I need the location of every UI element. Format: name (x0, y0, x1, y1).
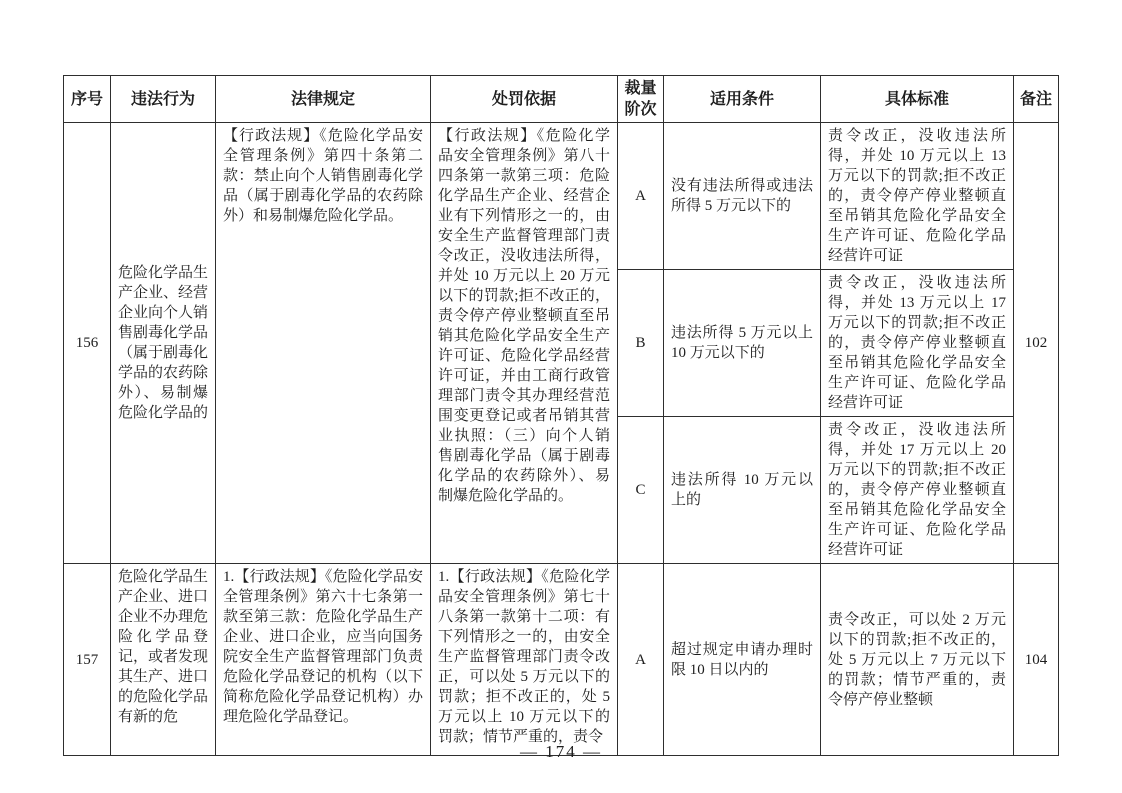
header-seq: 序号 (64, 76, 111, 123)
cell-penalty-basis-156: 【行政法规】《危险化学品安全管理条例》第八十四条第一款第三项：危险化学品生产企业… (431, 123, 618, 564)
cell-tier-level-156-b: B (618, 270, 664, 417)
header-condition: 适用条件 (664, 76, 821, 123)
header-tier-level: 裁量阶次 (618, 76, 664, 123)
header-penalty-basis: 处罚依据 (431, 76, 618, 123)
cell-seq-157: 157 (64, 564, 111, 756)
table-header-row: 序号 违法行为 法律规定 处罚依据 裁量阶次 适用条件 具体标准 备注 (64, 76, 1059, 123)
cell-tier-level-156-a: A (618, 123, 664, 270)
cell-tier-level-156-c: C (618, 417, 664, 564)
cell-legal-provision-157: 1.【行政法规】《危险化学品安全管理条例》第六十七条第一款至第三款：危险化学品生… (216, 564, 431, 756)
cell-standard-156-a: 责令改正，没收违法所得，并处 10 万元以上 13 万元以下的罚款;拒不改正的，… (821, 123, 1014, 270)
cell-legal-provision-156: 【行政法规】《危险化学品安全管理条例》第四十条第二款：禁止向个人销售剧毒化学品（… (216, 123, 431, 564)
header-remark: 备注 (1014, 76, 1059, 123)
cell-violation-157: 危险化学品生产企业、进口企业不办理危险化学品登记，或者发现其生产、进口的危险化学… (111, 564, 216, 756)
document-page: 序号 违法行为 法律规定 处罚依据 裁量阶次 适用条件 具体标准 备注 156 … (0, 0, 1122, 793)
table-row-156-tier-a: 156 危险化学品生产企业、经营企业向个人销售剧毒化学品（属于剧毒化学品的农药除… (64, 123, 1059, 270)
cell-condition-156-a: 没有违法所得或违法所得 5 万元以下的 (664, 123, 821, 270)
cell-standard-157-a: 责令改正，可以处 2 万元以下的罚款;拒不改正的，处 5 万元以上 7 万元以下… (821, 564, 1014, 756)
cell-violation-156: 危险化学品生产企业、经营企业向个人销售剧毒化学品（属于剧毒化学品的农药除外）、易… (111, 123, 216, 564)
cell-condition-156-b: 违法所得 5 万元以上 10 万元以下的 (664, 270, 821, 417)
cell-seq-156: 156 (64, 123, 111, 564)
cell-tier-level-157-a: A (618, 564, 664, 756)
table-row-157: 157 危险化学品生产企业、进口企业不办理危险化学品登记，或者发现其生产、进口的… (64, 564, 1059, 756)
cell-condition-156-c: 违法所得 10 万元以上的 (664, 417, 821, 564)
cell-condition-157-a: 超过规定申请办理时限 10 日以内的 (664, 564, 821, 756)
header-violation: 违法行为 (111, 76, 216, 123)
cell-standard-156-c: 责令改正，没收违法所得，并处 17 万元以上 20 万元以下的罚款;拒不改正的，… (821, 417, 1014, 564)
cell-standard-156-b: 责令改正，没收违法所得，并处 13 万元以上 17 万元以下的罚款;拒不改正的，… (821, 270, 1014, 417)
page-number: — 174 — (0, 742, 1122, 762)
header-standard: 具体标准 (821, 76, 1014, 123)
cell-penalty-basis-157: 1.【行政法规】《危险化学品安全管理条例》第七十八条第一款第十二项：有下列情形之… (431, 564, 618, 756)
penalty-standards-table: 序号 违法行为 法律规定 处罚依据 裁量阶次 适用条件 具体标准 备注 156 … (63, 75, 1059, 756)
cell-remark-156: 102 (1014, 123, 1059, 564)
cell-remark-157: 104 (1014, 564, 1059, 756)
header-legal-provision: 法律规定 (216, 76, 431, 123)
